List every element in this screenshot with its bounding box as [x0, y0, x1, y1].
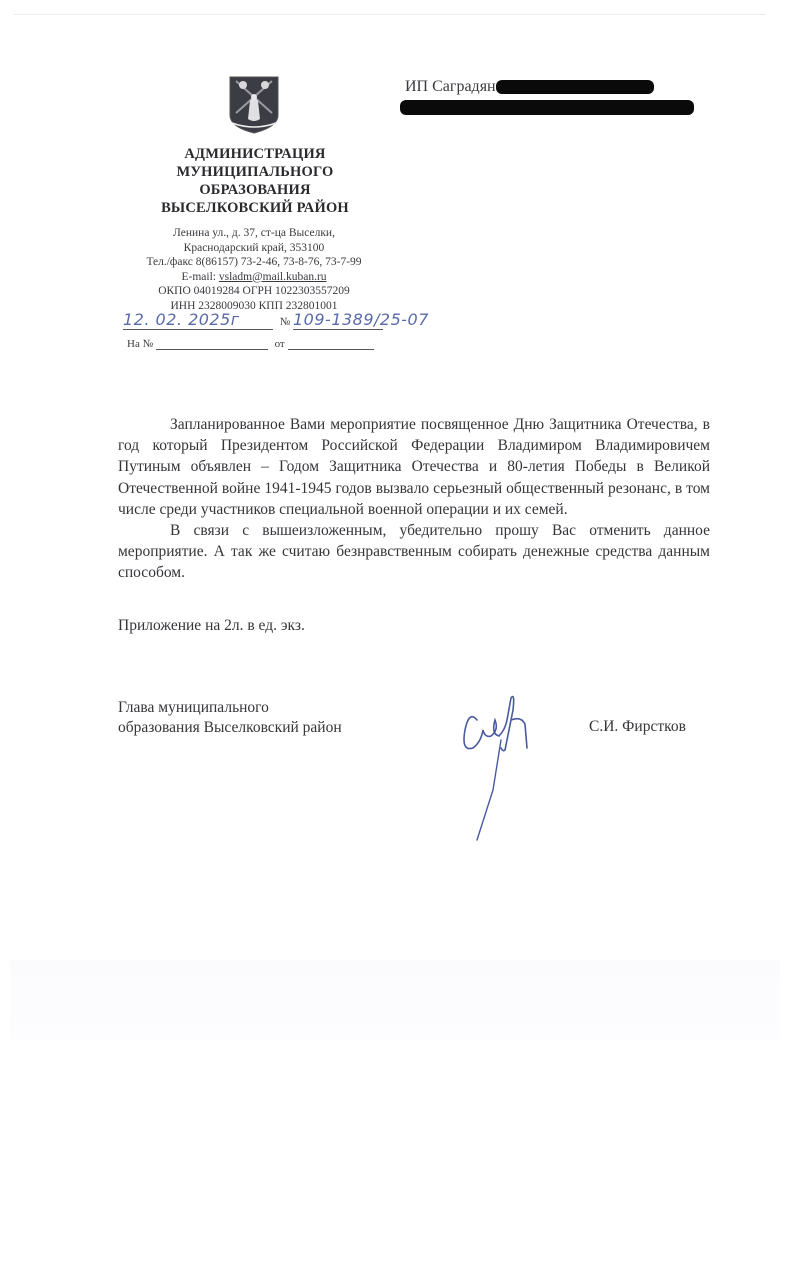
registration-line: 12. 02. 2025г № 109-1389/25-07 [123, 310, 453, 332]
organization-contacts: Ленина ул., д. 37, ст-ца Выселки, Красно… [120, 226, 388, 313]
org-title-line: МУНИЦИПАЛЬНОГО [130, 163, 380, 181]
coat-of-arms-icon [228, 75, 280, 135]
org-title-line: ОБРАЗОВАНИЯ [130, 181, 380, 199]
signatory-name: С.И. Фирстков [589, 718, 686, 736]
email-line: E-mail: vsladm@mail.kuban.ru [120, 270, 388, 285]
reply-number-label: На № [127, 338, 153, 350]
attachment-note: Приложение на 2л. в ед. экз. [118, 617, 305, 635]
reply-from-label: от [275, 338, 285, 350]
reply-date-blank [288, 339, 374, 350]
address-line: Краснодарский край, 353100 [120, 241, 388, 256]
body-paragraph: В связи с вышеизложенным, убедительно пр… [118, 520, 710, 584]
letter-body: Запланированное Вами мероприятие посвяще… [118, 414, 710, 584]
phone-line: Тел./факс 8(86157) 73-2-46, 73-8-76, 73-… [120, 255, 388, 270]
reply-number-blank [156, 339, 268, 350]
registration-date: 12. 02. 2025г [123, 310, 240, 329]
signatory-title: Глава муниципального образования Выселко… [118, 698, 342, 738]
scan-edge [14, 14, 766, 15]
scan-artifact [10, 960, 780, 1040]
body-paragraph: Запланированное Вами мероприятие посвяще… [118, 414, 710, 520]
org-title-line: АДМИНИСТРАЦИЯ [130, 145, 380, 163]
redaction-bar [400, 100, 694, 115]
number-label: № [280, 316, 291, 328]
address-line: Ленина ул., д. 37, ст-ца Выселки, [120, 226, 388, 241]
registration-number: 109-1389/25-07 [293, 310, 429, 329]
okpo-ogrn-line: ОКПО 04019284 ОГРН 1022303557209 [120, 284, 388, 299]
signatory-title-line: Глава муниципального [118, 698, 342, 718]
email-link[interactable]: vsladm@mail.kuban.ru [219, 271, 327, 283]
addressee: ИП Саградян [405, 78, 654, 96]
reply-reference-line: На № от [127, 338, 374, 350]
addressee-name: ИП Саградян [405, 78, 496, 95]
handwritten-signature-icon [455, 690, 545, 845]
organization-title: АДМИНИСТРАЦИЯ МУНИЦИПАЛЬНОГО ОБРАЗОВАНИЯ… [130, 145, 380, 217]
redaction-bar [496, 80, 654, 94]
email-label: E-mail: [181, 271, 218, 283]
signatory-title-line: образования Выселковский район [118, 718, 342, 738]
org-title-line: ВЫСЕЛКОВСКИЙ РАЙОН [130, 199, 380, 217]
